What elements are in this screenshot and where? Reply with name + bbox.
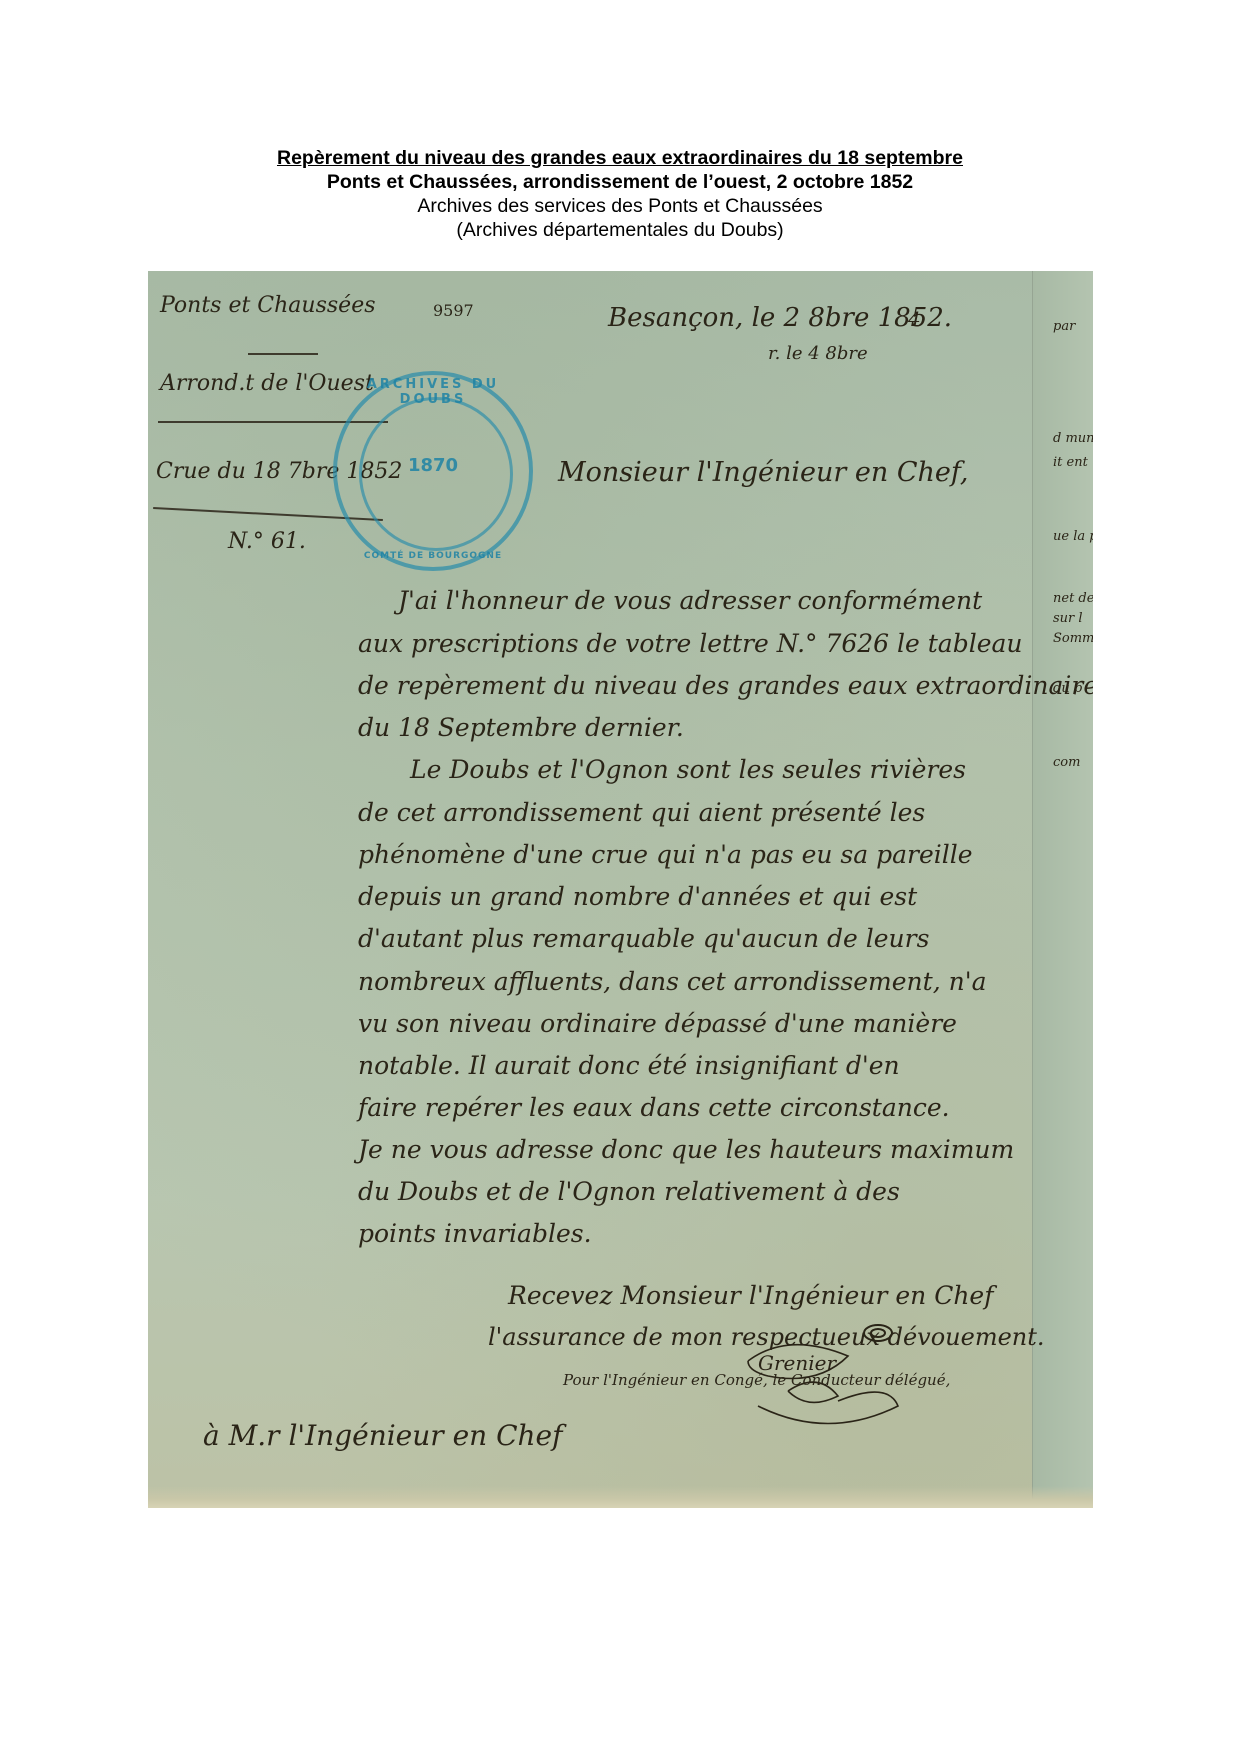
filing-number: 9597 <box>433 301 474 320</box>
letter-photograph: par d mun it ent ue la p net de sur l So… <box>148 271 1093 1508</box>
salutation: Monsieur l'Ingénieur en Chef, <box>558 457 968 488</box>
stamp-year: 1870 <box>337 455 529 476</box>
body-line: d'autant plus remarquable qu'aucun de le… <box>358 924 929 953</box>
body-line: Je ne vous adresse donc que les hauteurs… <box>358 1135 1014 1164</box>
source-archive-department: (Archives départementales du Doubs) <box>0 218 1240 242</box>
underlying-text-fragment: sur l <box>1053 611 1083 626</box>
signature: Grenier <box>728 1311 908 1431</box>
document-title: Repèrement du niveau des grandes eaux ex… <box>0 146 1240 170</box>
body-line: aux prescriptions de votre lettre N.° 76… <box>358 629 1023 658</box>
stamp-text: ARCHIVES DU DOUBS <box>337 377 529 407</box>
body-line: depuis un grand nombre d'années et qui e… <box>358 882 917 911</box>
underlying-text-fragment: com <box>1053 755 1080 770</box>
archives-stamp: ARCHIVES DU DOUBS 1870 COMTÉ DE BOURGOGN… <box>333 371 533 571</box>
body-line: de cet arrondissement qui aient présenté… <box>358 798 925 827</box>
underlying-text-fragment: ue la p <box>1053 529 1093 544</box>
body-line: Le Doubs et l'Ognon sont les seules rivi… <box>410 755 966 784</box>
page-mark: 4 <box>908 307 921 331</box>
margin-number: N.° 61. <box>228 529 306 554</box>
underlying-text-fragment: it ent <box>1053 455 1088 470</box>
stamp-bottom-text: COMTÉ DE BOURGOGNE <box>337 551 529 561</box>
body-line: points invariables. <box>358 1219 592 1248</box>
underlying-text-fragment: d mun <box>1053 431 1093 446</box>
closing-line: Recevez Monsieur l'Ingénieur en Chef <box>508 1281 993 1310</box>
document-header: Repèrement du niveau des grandes eaux ex… <box>0 146 1240 242</box>
body-line: notable. Il aurait donc été insignifiant… <box>358 1051 900 1080</box>
underlying-text-fragment: Somm <box>1053 631 1093 646</box>
addressee: à M.r l'Ingénieur en Chef <box>203 1419 562 1452</box>
body-line: J'ai l'honneur de vous adresser conformé… <box>398 586 982 615</box>
margin-service: Ponts et Chaussées <box>160 293 376 318</box>
underlying-text-fragment: net de <box>1053 591 1093 606</box>
margin-rule <box>248 353 318 355</box>
source-archive: Archives des services des Ponts et Chaus… <box>0 194 1240 218</box>
document-subtitle: Ponts et Chaussées, arrondissement de l’… <box>0 170 1240 194</box>
place-date: Besançon, le 2 8bre 1852. <box>608 303 952 333</box>
body-line: faire repérer les eaux dans cette circon… <box>358 1093 950 1122</box>
signature-name: Grenier <box>758 1351 836 1375</box>
body-line: vu son niveau ordinaire dépassé d'une ma… <box>358 1009 957 1038</box>
body-line: phénomène d'une crue qui n'a pas eu sa p… <box>358 840 973 869</box>
body-line: nombreux affluents, dans cet arrondissem… <box>358 967 986 996</box>
body-line: de repèrement du niveau des grandes eaux… <box>358 671 1093 700</box>
body-line: du 18 Septembre dernier. <box>358 713 684 742</box>
body-line: du Doubs et de l'Ognon relativement à de… <box>358 1177 900 1206</box>
underlying-text-fragment: par <box>1053 319 1075 334</box>
receipt-annotation: r. le 4 8bre <box>768 343 868 364</box>
paper-bottom-edge <box>148 1486 1093 1508</box>
